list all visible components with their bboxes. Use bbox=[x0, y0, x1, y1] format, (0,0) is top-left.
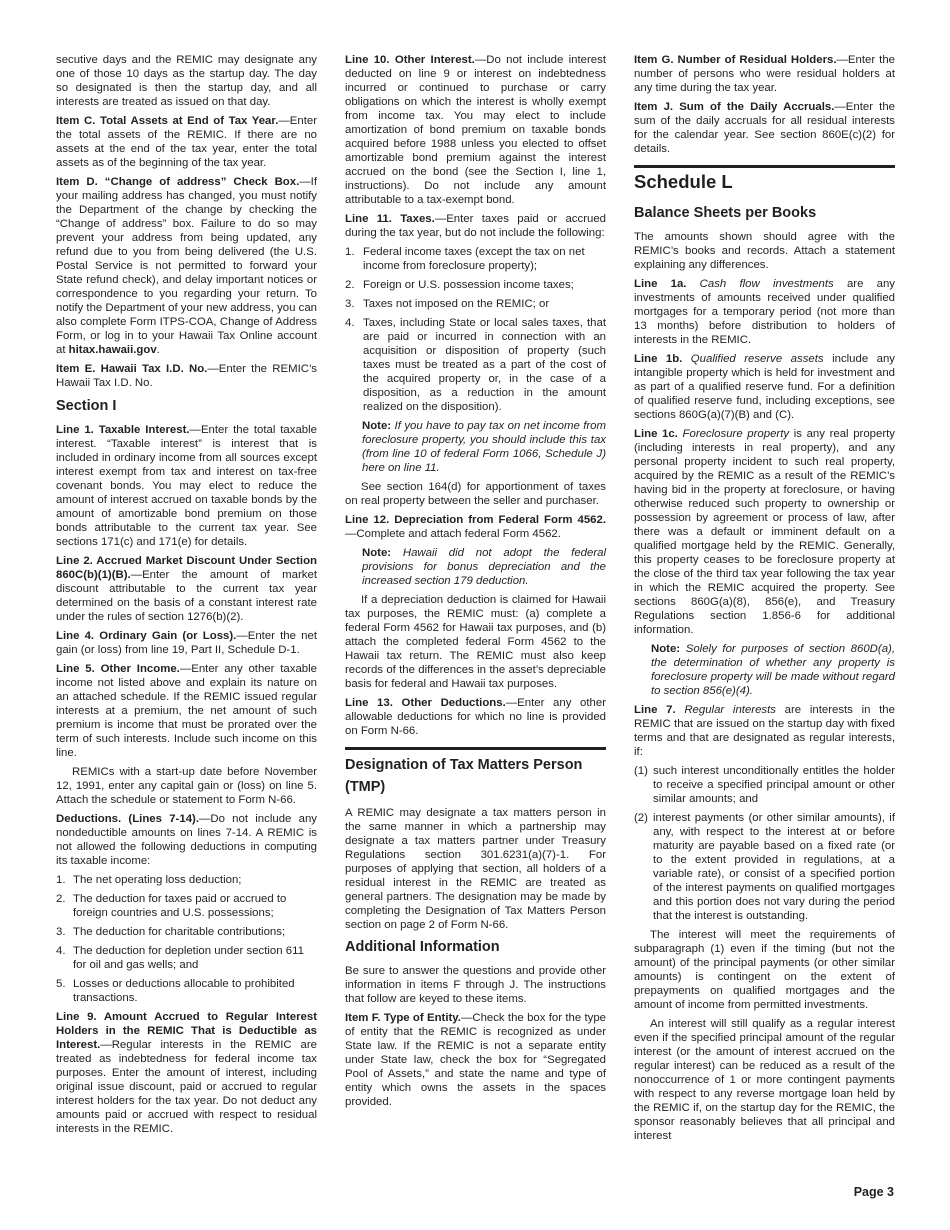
item-f-paragraph: Item F. Type of Entity.—Check the box fo… bbox=[345, 1011, 606, 1109]
tmp-heading: Designation of Tax Matters Person (TMP) bbox=[345, 754, 606, 798]
list-item: 4.The deduction for depletion under sect… bbox=[56, 944, 317, 972]
section-divider bbox=[634, 165, 895, 168]
line-1-paragraph: Line 1. Taxable Interest.—Enter the tota… bbox=[56, 423, 317, 549]
item-d-label: Item D. “Change of address” Check Box. bbox=[56, 176, 299, 188]
column-left: secutive days and the REMIC may designat… bbox=[56, 53, 317, 1141]
line-1c-note: Note: Solely for purposes of section 860… bbox=[651, 642, 895, 698]
page-number: Page 3 bbox=[854, 1185, 894, 1199]
line-7-paragraph: Line 7. Regular interests are interests … bbox=[634, 703, 895, 759]
line-1b-paragraph: Line 1b. Qualified reserve assets includ… bbox=[634, 352, 895, 422]
item-e-label: Item E. Hawaii Tax I.D. No. bbox=[56, 363, 207, 375]
list-item: (1)such interest unconditionally entitle… bbox=[634, 764, 895, 806]
line-11-paragraph: Line 11. Taxes.—Enter taxes paid or accr… bbox=[345, 212, 606, 240]
list-item: 1.Federal income taxes (except the tax o… bbox=[345, 245, 606, 273]
tmp-paragraph: A REMIC may designate a tax matters pers… bbox=[345, 806, 606, 932]
balance-sheets-paragraph: The amounts shown should agree with the … bbox=[634, 230, 895, 272]
balance-sheets-heading: Balance Sheets per Books bbox=[634, 203, 895, 223]
list-item: (2)interest payments (or other similar a… bbox=[634, 811, 895, 923]
list-item: 3.The deduction for charitable contribut… bbox=[56, 925, 317, 939]
list-item: 5.Losses or deductions allocable to proh… bbox=[56, 977, 317, 1005]
section-i-heading: Section I bbox=[56, 396, 317, 416]
deductions-list: 1.The net operating loss deduction; 2.Th… bbox=[56, 873, 317, 1005]
line-9-paragraph: Line 9. Amount Accrued to Regular Intere… bbox=[56, 1010, 317, 1136]
list-item: 3.Taxes not imposed on the REMIC; or bbox=[345, 297, 606, 311]
line-4-paragraph: Line 4. Ordinary Gain (or Loss).—Enter t… bbox=[56, 629, 317, 657]
line-12-note: Note: Hawaii did not adopt the federal p… bbox=[362, 546, 606, 588]
line-10-paragraph: Line 10. Other Interest.—Do not include … bbox=[345, 53, 606, 207]
line-12-paragraph: Line 12. Depreciation from Federal Form … bbox=[345, 513, 606, 541]
line-11-list: 1.Federal income taxes (except the tax o… bbox=[345, 245, 606, 414]
additional-information-heading: Additional Information bbox=[345, 937, 606, 957]
intro-paragraph: secutive days and the REMIC may designat… bbox=[56, 53, 317, 109]
line-1a-paragraph: Line 1a. Cash flow investments are any i… bbox=[634, 277, 895, 347]
item-j-paragraph: Item J. Sum of the Daily Accruals.—Enter… bbox=[634, 100, 895, 156]
line-5-paragraph-2: REMICs with a start-up date before Novem… bbox=[56, 765, 317, 807]
list-item: 2.The deduction for taxes paid or accrue… bbox=[56, 892, 317, 920]
line-1c-paragraph: Line 1c. Foreclosure property is any rea… bbox=[634, 427, 895, 637]
line-7-paragraph-3: An interest will still qualify as a regu… bbox=[634, 1017, 895, 1143]
column-middle: Line 10. Other Interest.—Do not include … bbox=[345, 53, 606, 1114]
column-right: Item G. Number of Residual Holders.—Ente… bbox=[634, 53, 895, 1148]
list-item: 2.Foreign or U.S. possession income taxe… bbox=[345, 278, 606, 292]
item-c-label: Item C. Total Assets at End of Tax Year. bbox=[56, 115, 278, 127]
item-d-paragraph: Item D. “Change of address” Check Box.—I… bbox=[56, 175, 317, 357]
line-12-paragraph-2: If a depreciation deduction is claimed f… bbox=[345, 593, 606, 691]
item-g-paragraph: Item G. Number of Residual Holders.—Ente… bbox=[634, 53, 895, 95]
item-e-paragraph: Item E. Hawaii Tax I.D. No.—Enter the RE… bbox=[56, 362, 317, 390]
line-5-paragraph: Line 5. Other Income.—Enter any other ta… bbox=[56, 662, 317, 760]
hitax-link[interactable]: hitax.hawaii.gov bbox=[69, 344, 157, 356]
line-13-paragraph: Line 13. Other Deductions.—Enter any oth… bbox=[345, 696, 606, 738]
list-item: 4.Taxes, including State or local sales … bbox=[345, 316, 606, 414]
line-7-paragraph-2: The interest will meet the requirements … bbox=[634, 928, 895, 1012]
line-11-paragraph-2: See section 164(d) for apportionment of … bbox=[345, 480, 606, 508]
line-7-list: (1)such interest unconditionally entitle… bbox=[634, 764, 895, 923]
additional-information-paragraph: Be sure to answer the questions and prov… bbox=[345, 964, 606, 1006]
item-c-paragraph: Item C. Total Assets at End of Tax Year.… bbox=[56, 114, 317, 170]
line-11-note: Note: If you have to pay tax on net inco… bbox=[362, 419, 606, 475]
section-divider bbox=[345, 747, 606, 750]
schedule-l-heading: Schedule L bbox=[634, 171, 895, 193]
list-item: 1.The net operating loss deduction; bbox=[56, 873, 317, 887]
line-2-paragraph: Line 2. Accrued Market Discount Under Se… bbox=[56, 554, 317, 624]
deductions-paragraph: Deductions. (Lines 7-14).—Do not include… bbox=[56, 812, 317, 868]
